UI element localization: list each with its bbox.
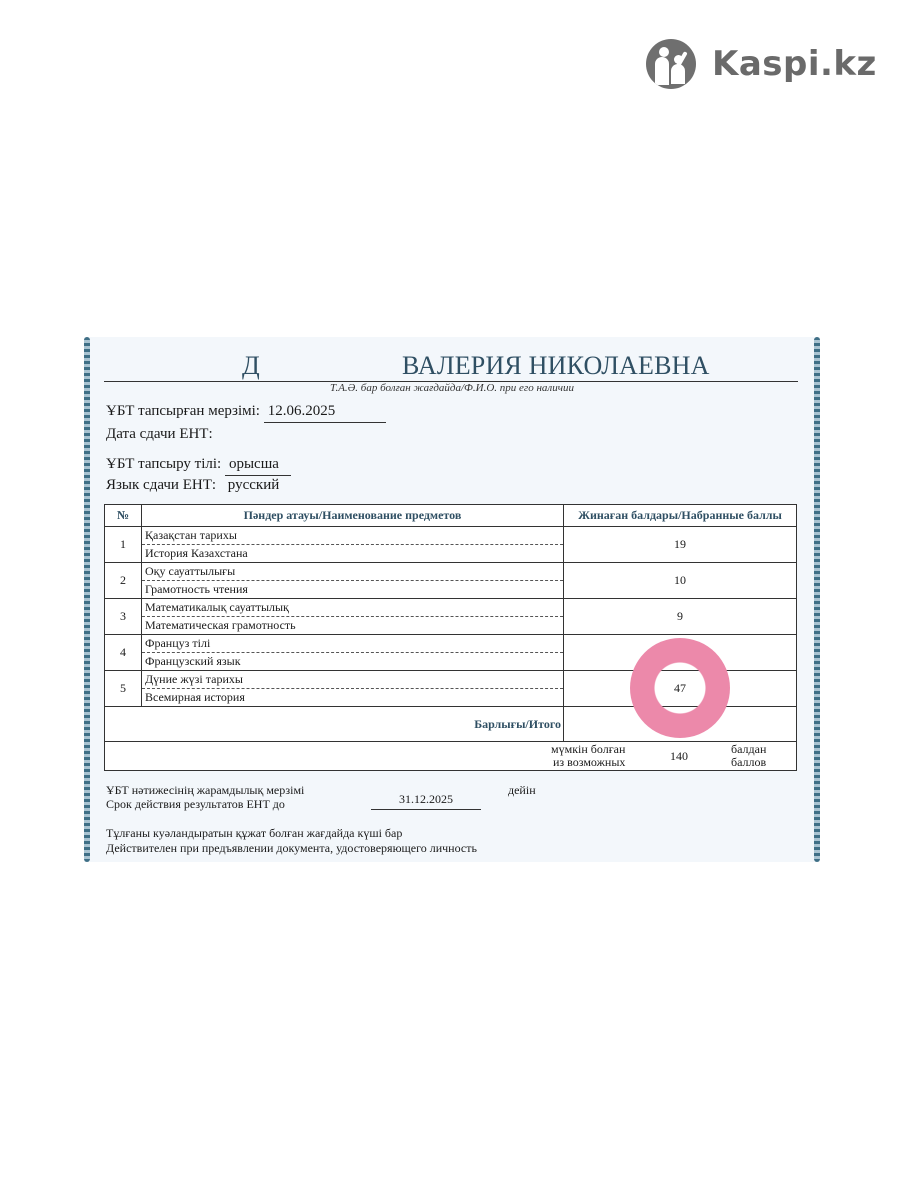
- row-num: 3: [105, 599, 142, 635]
- full-name-row: Д ВАЛЕРИЯ НИКОЛАЕВНА: [104, 345, 798, 382]
- row-num: 5: [105, 671, 142, 707]
- validity-label-ru: Срок действия результатов ЕНТ до: [106, 797, 304, 811]
- possible-row: мүмкін болған из возможных 140 балдан ба…: [105, 742, 797, 771]
- subject-score: 19: [564, 527, 797, 563]
- header-num: №: [105, 505, 142, 527]
- table-row: 2 Оқу сауаттылығыГрамотность чтения 10: [105, 563, 797, 599]
- exam-date-label-kz: ҰБТ тапсырған мерзімі:: [106, 403, 260, 419]
- validity-label-kz: ҰБТ нәтижесінің жарамдылық мерзімі: [106, 783, 304, 797]
- decorative-border-right: [814, 337, 820, 862]
- kaspi-logo-icon: [646, 39, 696, 89]
- possible-value: 140: [670, 749, 688, 764]
- total-label: Барлығы/Итого: [105, 707, 564, 742]
- subject-score: 9: [564, 599, 797, 635]
- row-num: 2: [105, 563, 142, 599]
- exam-date-label-ru: Дата сдачи ЕНТ:: [106, 426, 213, 443]
- identity-notice: Тұлғаны куәландыратын құжат болған жағда…: [106, 826, 477, 856]
- given-names: ВАЛЕРИЯ НИКОЛАЕВНА: [402, 351, 710, 381]
- total-score: 47: [630, 681, 730, 696]
- exam-date-field: ҰБТ тапсырған мерзімі: 12.06.2025: [106, 403, 386, 423]
- exam-language-value-kz: орысша: [225, 456, 291, 476]
- table-header-row: № Пәндер атауы/Наименование предметов Жи…: [105, 505, 797, 527]
- exam-language-field-ru: Язык сдачи ЕНТ: русский: [106, 477, 279, 494]
- possible-unit-ru: баллов: [731, 756, 766, 769]
- subject-kz: Қазақстан тарихы: [142, 527, 563, 545]
- decorative-border-left: [84, 337, 90, 862]
- validity-date: 31.12.2025: [371, 792, 481, 810]
- subject-score: 10: [564, 563, 797, 599]
- exam-language-label-ru: Язык сдачи ЕНТ:: [106, 477, 216, 493]
- subject-ru: Французский язык: [142, 653, 563, 670]
- possible-label: мүмкін болған из возможных: [551, 743, 625, 769]
- surname: Д: [242, 351, 260, 381]
- name-caption: Т.А.Ә. бар болған жағдайда/Ф.И.О. при ег…: [84, 382, 820, 394]
- row-num: 1: [105, 527, 142, 563]
- notice-kz: Тұлғаны куәландыратын құжат болған жағда…: [106, 826, 477, 841]
- subject-ru: Математическая грамотность: [142, 617, 563, 634]
- kaspi-brand[interactable]: Kaspi.kz: [646, 38, 877, 90]
- possible-unit: балдан баллов: [731, 743, 766, 769]
- validity-until-kz: дейін: [508, 783, 536, 798]
- ent-certificate: Д ВАЛЕРИЯ НИКОЛАЕВНА Т.А.Ә. бар болған ж…: [84, 337, 820, 862]
- subject-ru: Всемирная история: [142, 689, 563, 706]
- row-num: 4: [105, 635, 142, 671]
- header-subject: Пәндер атауы/Наименование предметов: [142, 505, 564, 527]
- subject-kz: Оқу сауаттылығы: [142, 563, 563, 581]
- table-row: 1 Қазақстан тарихыИстория Казахстана 19: [105, 527, 797, 563]
- header-score: Жинаған балдары/Набранные баллы: [564, 505, 797, 527]
- exam-language-field-kz: ҰБТ тапсыру тілі: орысша: [106, 456, 291, 476]
- subject-kz: Математикалық сауаттылық: [142, 599, 563, 617]
- exam-language-label-kz: ҰБТ тапсыру тілі:: [106, 456, 221, 472]
- possible-label-ru: из возможных: [551, 756, 625, 769]
- notice-ru: Действителен при предъявлении документа,…: [106, 841, 477, 856]
- table-row: 3 Математикалық сауаттылықМатематическая…: [105, 599, 797, 635]
- subject-kz: Француз тілі: [142, 635, 563, 653]
- brand-name: Kaspi.kz: [712, 44, 877, 84]
- validity-label: ҰБТ нәтижесінің жарамдылық мерзімі Срок …: [106, 783, 304, 811]
- subject-kz: Дүние жүзі тарихы: [142, 671, 563, 689]
- exam-date-value: 12.06.2025: [264, 403, 386, 423]
- subject-ru: История Казахстана: [142, 545, 563, 562]
- subject-ru: Грамотность чтения: [142, 581, 563, 598]
- exam-language-value-ru: русский: [228, 477, 279, 493]
